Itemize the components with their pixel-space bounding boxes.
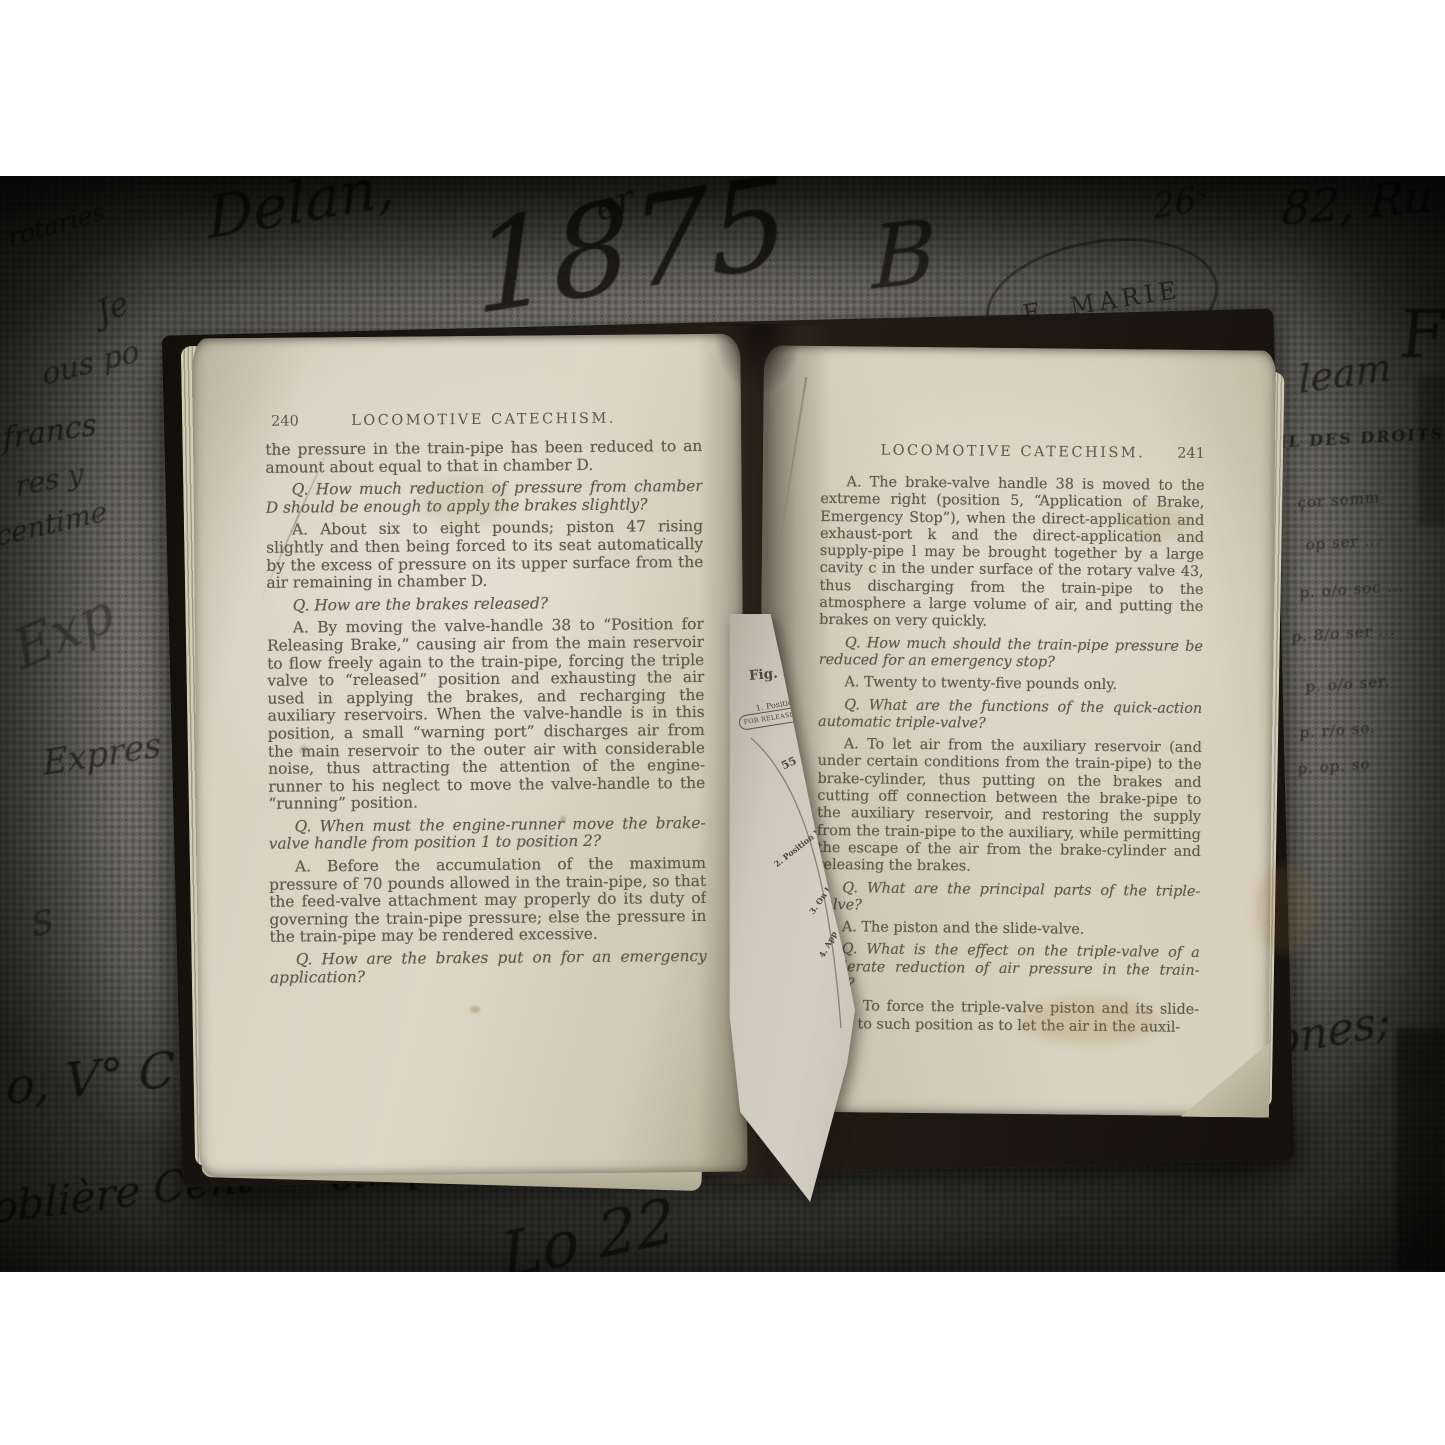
fabric-script-text: p. o/o ser. <box>1305 672 1390 696</box>
left-page-title: LOCOMOTIVE CATECHISM. <box>265 410 702 430</box>
fabric-script-text: centime <box>0 494 109 552</box>
fabric-script-text: Expres <box>42 725 162 784</box>
fabric-script-text: o, V° C <box>6 1042 175 1116</box>
fabric-script-text: 26ˢ <box>1152 178 1209 228</box>
letterbox-top <box>0 0 1445 176</box>
fabric-script-text: 1875 <box>470 176 792 344</box>
fabric-script-text: p. r/o so. <box>1299 719 1376 742</box>
fabric-script-text: Delan, <box>205 176 397 252</box>
book-paragraph: A. To let air from the auxiliary reservo… <box>816 736 1201 878</box>
book-paragraph: the pressure in the train-pipe has been … <box>265 438 702 477</box>
book-paragraph: Q. What is the effect on the triple-valv… <box>815 941 1200 997</box>
right-page-text-column: A. The brake-valve handle 38 is moved to… <box>814 474 1204 1078</box>
left-page-number: 240 <box>271 413 299 429</box>
right-page-title: LOCOMOTIVE CATECHISM. <box>821 442 1205 462</box>
fabric-script-text: rotaries <box>6 197 107 253</box>
fragment-diagram-arc <box>727 608 859 1208</box>
fabric-script-text: ous po <box>40 334 142 393</box>
fabric-script-text: F <box>1396 296 1445 373</box>
fabric-script-text: res y <box>14 457 85 503</box>
torn-page-fragment-shadow: Fig. 51. PositioFor Releasing B552. Posi… <box>727 608 859 1208</box>
book-paragraph: A. Twenty to twenty-five pounds only. <box>818 674 1202 695</box>
book-paragraph: A. The piston and the slide-valve. <box>816 919 1200 940</box>
book-photo: Delan,er1875B26ˢ82, RurotariesJeous pofr… <box>0 176 1445 1272</box>
book-paragraph: A. About six to eight pounds; piston 47 … <box>266 518 704 592</box>
right-page-header: LOCOMOTIVE CATECHISM. 241 <box>821 442 1205 466</box>
book-paragraph: A. Before the accumulation of the maximu… <box>269 855 707 947</box>
fabric-script-text: leam <box>1298 345 1392 402</box>
fragment-label: Fig. 5 <box>748 664 792 684</box>
left-page-text-column: the pressure in the train-pipe has been … <box>265 438 708 1142</box>
fabric-script-text: p. 8/o ser ... <box>1291 621 1396 646</box>
fabric-script-text: Exp <box>6 580 121 683</box>
fabric-script-text: francs <box>2 407 98 457</box>
fabric-script-text: op ser ... <box>1305 531 1382 554</box>
book-paragraph: Q. How much reduction of pressure from c… <box>266 478 703 517</box>
right-page-number: 241 <box>1177 446 1205 462</box>
left-page: 240 LOCOMOTIVE CATECHISM. the pressure i… <box>192 334 747 1177</box>
fabric-script-text: p. op. so <box>1297 755 1371 778</box>
book-paragraph: Q. How are the brakes released? <box>267 594 704 615</box>
book-paragraph: Q. How much should the train-pipe pressu… <box>819 635 1203 674</box>
book-paragraph: A. By moving the valve-handle 38 to “Pos… <box>267 616 706 813</box>
letterbox-bottom <box>0 1272 1445 1445</box>
fabric-script-text: s <box>26 891 58 948</box>
fabric-script-text: Je <box>92 283 133 332</box>
fabric-script-text: çor somm <box>1297 488 1380 512</box>
fabric-dark-print-patch <box>1418 376 1445 526</box>
fabric-script-text: Lo 22 <box>498 1183 679 1272</box>
book-paragraph: Q. When must the engine-runner move the … <box>269 815 706 854</box>
fabric-script-text: 82, Ru <box>1281 176 1433 236</box>
product-photo-canvas: Delan,er1875B26ˢ82, RurotariesJeous pofr… <box>0 0 1445 1445</box>
book-paragraph: Q. What are the principal parts of the t… <box>816 879 1200 918</box>
book-paragraph: A. To force the triple-valve piston and … <box>815 998 1199 1037</box>
book-paragraph: A. The brake-valve handle 38 is moved to… <box>819 474 1205 634</box>
left-page-header: 240 LOCOMOTIVE CATECHISM. <box>265 410 702 434</box>
book-paragraph: Q. How are the brakes put on for an emer… <box>270 948 707 987</box>
fabric-script-text: B <box>872 199 936 309</box>
fabric-dark-print-patch <box>1396 1028 1445 1272</box>
book-paragraph: Q. What are the functions of the quick-a… <box>818 696 1202 735</box>
fabric-script-text: p. o/o soc ... <box>1299 577 1405 602</box>
torn-page-fragment: Fig. 51. PositioFor Releasing B552. Posi… <box>727 608 859 1208</box>
